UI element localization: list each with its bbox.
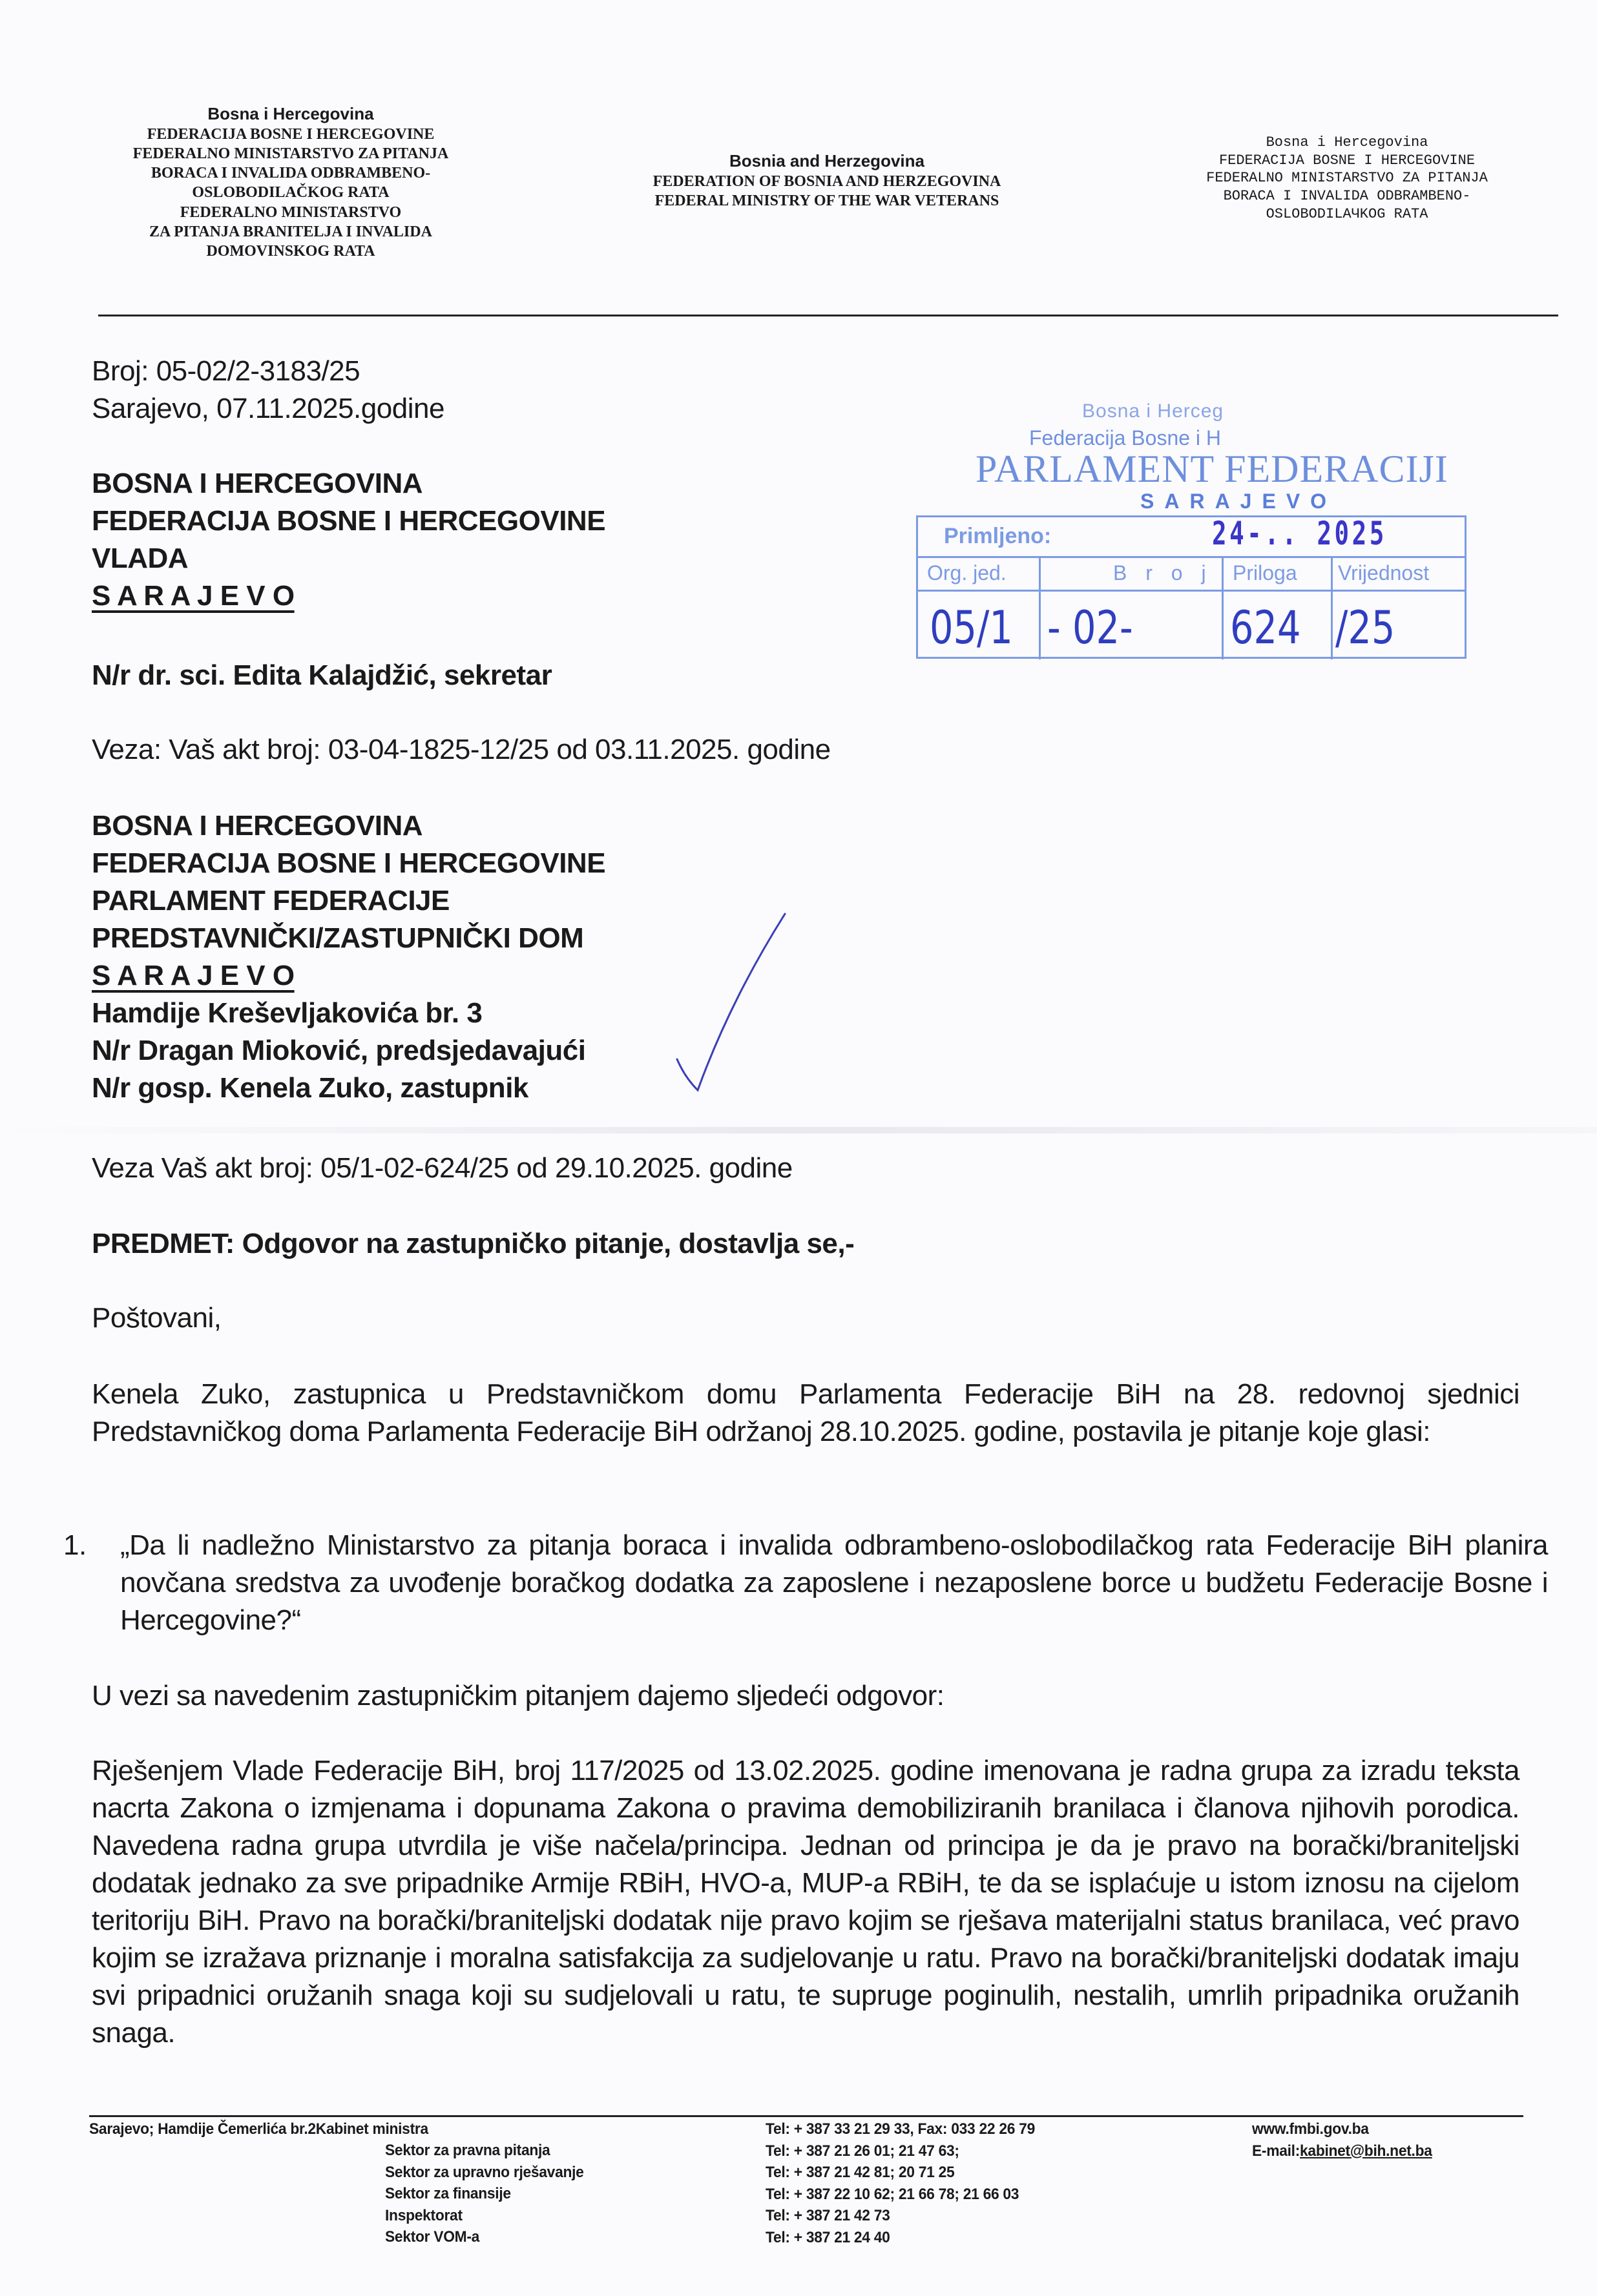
stamp-col-header: Priloga [1233,561,1297,585]
footer-phone: Tel: + 387 21 26 01; 21 47 63; [766,2140,1035,2162]
footer-divider [89,2115,1523,2117]
recipient2-line: BOSNA I HERCEGOVINA [92,807,423,845]
salutation: Poštovani, [92,1299,221,1337]
stamp-received-label: Primljeno: [944,524,1051,549]
recipient1-line: BOSNA I HERCEGOVINA [92,465,423,502]
stamp-city: SARAJEVO [1140,490,1337,513]
footer-email-label: E-mail: [1252,2142,1300,2160]
question-text: „Da li nadležno Ministarstvo za pitanja … [120,1529,1548,1636]
letterhead-line: BORACA I INVALIDA ODBRAMBENO- [1143,187,1550,205]
letterhead-country: Bosnia and Herzegovina [594,150,1059,172]
footer-sector: Sektor za upravno rješavanje [385,2162,584,2184]
recipient2-line: FEDERACIJA BOSNE I HERCEGOVINE [92,845,605,882]
footer-website-link[interactable]: www.fmbi.gov.ba [1252,2118,1432,2140]
letterhead-country: Bosna i Hercegovina [87,103,494,125]
reference-link1: Veza: Vaš akt broj: 03-04-1825-12/25 od … [92,731,831,769]
recipient1-line: VLADA [92,540,188,577]
header-divider [98,315,1558,316]
stamp-cell-attachments: Priloga 624 [1222,556,1333,659]
letterhead-line: FEDERALNO MINISTARSTVO ZA PITANJA [1143,169,1550,187]
letterhead-line: ZA PITANJA BRANITELJA I INVALIDA [87,222,494,242]
stamp-value: 05/1 [930,601,1013,654]
recipient2-attention: N/r Dragan Mioković, predsjedavajući [92,1032,585,1070]
recipient1-city: S A R A J E V O [92,577,295,615]
question-number: 1. [92,1527,120,1564]
stamp-value: /25 [1335,601,1395,654]
subject-line: PREDMET: Odgovor na zastupničko pitanje,… [92,1225,854,1263]
parliament-reception-stamp: Bosna i Herceg Federacija Bosne i H PARL… [911,394,1467,659]
recipient2-attention: N/r gosp. Kenela Zuko, zastupnik [92,1070,528,1107]
footer-address: Sarajevo; Hamdije Čemerlića br.2Kabinet … [89,2118,428,2140]
intro-paragraph: Kenela Zuko, zastupnica u Predstavničkom… [92,1376,1519,1451]
letterhead-line: FEDERACIJA BOSNE I HERCEGOVINE [1143,152,1550,170]
letterhead-line: DOMOVINSKOG RATA [87,242,494,261]
recipient2-line: PARLAMENT FEDERACIJE [92,882,450,920]
recipient2-line: PREDSTAVNIČKI/ZASTUPNIČKI DOM [92,920,583,957]
recipient2-city: S A R A J E V O [92,957,295,995]
letterhead-cyrillic-transliteration: Bosna i Hercegovina FEDERACIJA BOSNE I H… [1143,134,1550,223]
stamp-col-header: Vrijednost [1338,561,1429,585]
document-number: Broj: 05-02/2-3183/25 [92,353,360,390]
footer-sector: Inspektorat [385,2205,584,2227]
footer-phone: Tel: + 387 22 10 62; 21 66 78; 21 66 03 [766,2184,1035,2206]
stamp-table: Primljeno: 24-.. 2025 Org. jed. 05/1 B r… [916,515,1467,659]
footer-phone: Tel: + 387 21 24 40 [766,2227,1035,2249]
stamp-value: 624 [1230,601,1301,654]
stamp-cell-value: Vrijednost /25 [1333,556,1467,659]
answer-intro: U vezi sa navedenim zastupničkim pitanje… [92,1677,944,1715]
footer-sector: Sektor VOM-a [385,2226,584,2248]
handwritten-checkmark-icon [672,904,801,1098]
letterhead-line: OSLOBODILAČKOG RATA [87,183,494,202]
footer-email-row: E-mail:kabinet@bih.net.ba [1252,2140,1432,2162]
stamp-received-row: Primljeno: 24-.. 2025 [918,517,1465,558]
footer-sectors: Sektor za pravna pitanja Sektor za uprav… [385,2140,584,2248]
footer-phones: Tel: + 387 33 21 29 33, Fax: 033 22 26 7… [766,2118,1035,2248]
question-item: 1.„Da li nadležno Ministarstvo za pitanj… [92,1527,1548,1639]
letterhead-line: FEDERALNO MINISTARSTVO ZA PITANJA [87,144,494,163]
recipient2-address: Hamdije Kreševljakovića br. 3 [92,995,482,1032]
letterhead-line: FEDERACIJA BOSNE I HERCEGOVINE [87,125,494,144]
letterhead-line: BORACA I INVALIDA ODBRAMBENO- [87,163,494,183]
stamp-cell-org: Org. jed. 05/1 [918,556,1041,659]
stamp-col-header: Org. jed. [927,561,1007,585]
stamp-value: - 02- [1047,601,1133,654]
stamp-line: Bosna i Herceg [1082,400,1224,422]
stamp-col-header: B r o j [1113,561,1213,585]
recipient1-line: FEDERACIJA BOSNE I HERCEGOVINE [92,502,605,540]
footer-email-link[interactable]: kabinet@bih.net.ba [1300,2142,1432,2160]
footer-sector: Sektor za pravna pitanja [385,2140,584,2162]
letterhead-english: Bosnia and Herzegovina FEDERATION OF BOS… [594,150,1059,211]
footer-phone: Tel: + 387 21 42 81; 20 71 25 [766,2162,1035,2184]
footer-phone: Tel: + 387 21 42 73 [766,2205,1035,2227]
footer-sector: Sektor za finansije [385,2183,584,2205]
reference-link2: Veza Vaš akt broj: 05/1-02-624/25 od 29.… [92,1150,793,1187]
letterhead-line: FEDERAL MINISTRY OF THE WAR VETERANS [594,191,1059,211]
letterhead-country: Bosna i Hercegovina [1143,134,1550,152]
scan-artifact [0,1127,1597,1133]
stamp-title: PARLAMENT FEDERACIJI [976,447,1448,491]
letterhead-bosnian: Bosna i Hercegovina FEDERACIJA BOSNE I H… [87,103,494,261]
letterhead-line: FEDERATION OF BOSNIA AND HERZEGOVINA [594,172,1059,191]
recipient1-attention: N/r dr. sci. Edita Kalajdžić, sekretar [92,657,552,694]
place-date: Sarajevo, 07.11.2025.godine [92,390,444,428]
answer-paragraph: Rješenjem Vlade Federacije BiH, broj 117… [92,1752,1519,2052]
stamp-received-date: 24-.. 2025 [1212,515,1387,552]
footer-phone: Tel: + 387 33 21 29 33, Fax: 033 22 26 7… [766,2118,1035,2140]
footer-contact: www.fmbi.gov.ba E-mail:kabinet@bih.net.b… [1252,2118,1432,2162]
letterhead-line: FEDERALNO MINISTARSTVO [87,203,494,222]
letterhead-line: OSLOBODILAЧKOG RATA [1143,205,1550,223]
